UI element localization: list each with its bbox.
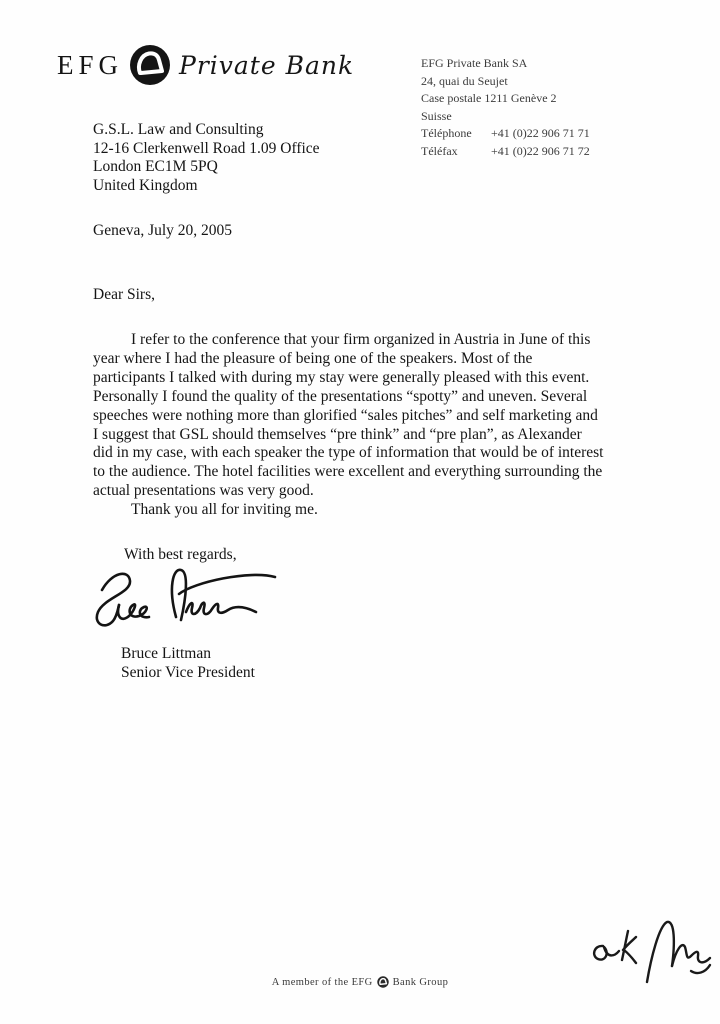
body-paragraph-1: I refer to the conference that your firm… (93, 331, 605, 501)
bank-fax-row: Téléfax +41 (0)22 906 71 72 (421, 143, 691, 161)
footer-text-suffix: Bank Group (393, 977, 449, 988)
efg-wordmark: EFG (57, 50, 123, 81)
bank-phone-row: Téléphone +41 (0)22 906 71 71 (421, 125, 691, 143)
efg-circle-triangle-logo-icon (129, 44, 171, 86)
recipient-line: United Kingdom (93, 177, 320, 196)
phone-number: +41 (0)22 906 71 71 (491, 125, 590, 143)
body-paragraph-2: Thank you all for inviting me. (131, 501, 318, 519)
bank-address-line: Suisse (421, 108, 691, 126)
footer-membership-line: A member of the EFG Bank Group (0, 976, 720, 988)
dateline: Geneva, July 20, 2005 (93, 222, 232, 240)
letterhead-logo: EFG Private Bank (57, 42, 354, 88)
bank-address-line: 24, quai du Seujet (421, 73, 691, 91)
signer-title: Senior Vice President (121, 663, 255, 682)
bank-address-block: EFG Private Bank SA 24, quai du Seujet C… (421, 55, 691, 160)
recipient-line: G.S.L. Law and Consulting (93, 121, 320, 140)
handwritten-ok-annotation (583, 908, 715, 1005)
recipient-line: 12-16 Clerkenwell Road 1.09 Office (93, 140, 320, 159)
fax-label: Téléfax (421, 143, 491, 161)
bank-address-line: Case postale 1211 Genève 2 (421, 90, 691, 108)
recipient-line: London EC1M 5PQ (93, 158, 320, 177)
phone-label: Téléphone (421, 125, 491, 143)
efg-circle-triangle-logo-small-icon (377, 976, 389, 988)
scanned-letter-page: EFG Private Bank EFG Private Bank SA 24,… (0, 0, 720, 1024)
footer-text-prefix: A member of the EFG (272, 977, 373, 988)
private-bank-wordmark: Private Bank (179, 51, 354, 80)
bruce-littman-handwritten-signature-icon (88, 560, 298, 650)
salutation: Dear Sirs, (93, 286, 155, 304)
bank-address-line: EFG Private Bank SA (421, 55, 691, 73)
recipient-address-block: G.S.L. Law and Consulting 12-16 Clerkenw… (93, 121, 320, 195)
signature-block: Bruce Littman Senior Vice President (121, 644, 255, 682)
fax-number: +41 (0)22 906 71 72 (491, 143, 590, 161)
signer-name: Bruce Littman (121, 644, 255, 663)
